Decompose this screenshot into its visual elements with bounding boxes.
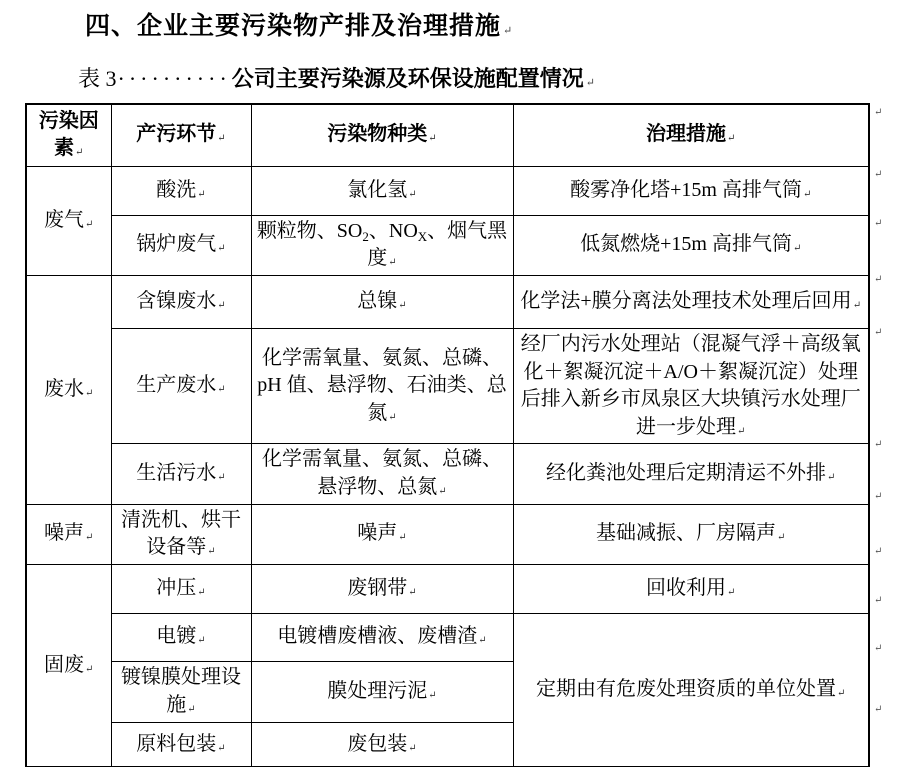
cell-end-mark: ↵ (207, 545, 215, 559)
cell-end-mark: ↵ (85, 387, 93, 401)
cell-process-domestic-sewage: 生活污水↵ (111, 444, 251, 504)
caption-dot-leader: ·········· (118, 66, 231, 91)
table-row: 锅炉废气↵ 颗粒物、SO2、NOX、烟气黑度↵ 低氮燃烧+15m 高排气筒↵ (26, 215, 869, 276)
cell-end-mark: ↵ (197, 188, 205, 202)
cell-pollutant-domestic: 化学需氧量、氨氮、总磷、悬浮物、总氮↵ (251, 444, 513, 504)
row-end-mark: ↵ (874, 274, 882, 285)
cell-measure-sewage-station: 经厂内污水处理站（混凝气浮＋高级氧化＋絮凝沉淀＋A/O＋絮凝沉淀）处理后排入新乡… (513, 329, 869, 444)
row-end-mark: ↵ (874, 643, 882, 654)
cell-end-mark: ↵ (388, 256, 396, 270)
cell-end-mark: ↵ (388, 411, 396, 425)
cell-end-mark: ↵ (85, 531, 93, 545)
cell-end-mark: ↵ (217, 242, 225, 256)
cell-end-mark: ↵ (408, 742, 416, 756)
row-end-mark: ↵ (874, 439, 882, 450)
cell-end-mark: ↵ (408, 188, 416, 202)
cell-end-mark: ↵ (187, 703, 195, 717)
cell-factor-noise: 噪声↵ (26, 504, 111, 564)
document-page: 四、企业主要污染物产排及治理措施↵ 表 3··········公司主要污染源及环… (0, 0, 897, 767)
cell-process-acid-wash: 酸洗↵ (111, 166, 251, 215)
cell-measure-vibration-isolation: 基础减振、厂房隔声↵ (513, 504, 869, 564)
cell-process-cleaning-drying: 清洗机、烘干设备等↵ (111, 504, 251, 564)
cell-measure-septic-tank: 经化粪池处理后定期清运不外排↵ (513, 444, 869, 504)
table-row: 固废↵ 冲压↵ 废钢带↵ 回收利用↵ (26, 564, 869, 613)
cell-end-mark: ↵ (737, 425, 745, 439)
cell-measure-recycling: 回收利用↵ (513, 564, 869, 613)
col-header-treatment: 治理措施↵ (513, 104, 869, 166)
cell-factor-waste-gas: 废气↵ (26, 166, 111, 276)
table-row: 噪声↵ 清洗机、烘干设备等↵ 噪声↵ 基础减振、厂房隔声↵ (26, 504, 869, 564)
cell-measure-low-nox: 低氮燃烧+15m 高排气筒↵ (513, 215, 869, 276)
cell-pollutant-membrane-sludge: 膜处理污泥↵ (251, 661, 513, 722)
table-caption: 表 3··········公司主要污染源及环保设施配置情况↵ (78, 62, 595, 93)
cell-process-boiler-exhaust: 锅炉废气↵ (111, 215, 251, 276)
section-heading-text: 四、企业主要污染物产排及治理措施 (85, 13, 501, 40)
cell-factor-wastewater: 废水↵ (26, 276, 111, 505)
cell-process-nickel-membrane: 镀镍膜处理设施↵ (111, 661, 251, 722)
paragraph-mark: ↵ (503, 25, 513, 37)
row-end-mark: ↵ (874, 107, 882, 118)
cell-end-mark: ↵ (727, 132, 735, 146)
cell-end-mark: ↵ (408, 586, 416, 600)
cell-end-mark: ↵ (803, 188, 811, 202)
cell-pollutant-hcl: 氯化氢↵ (251, 166, 513, 215)
cell-end-mark: ↵ (478, 634, 486, 648)
cell-end-mark: ↵ (75, 146, 83, 160)
cell-end-mark: ↵ (398, 299, 406, 313)
subscript-x: X (418, 229, 427, 244)
cell-process-stamping: 冲压↵ (111, 564, 251, 613)
cell-end-mark: ↵ (853, 299, 861, 313)
cell-end-mark: ↵ (793, 242, 801, 256)
cell-pollutant-noise: 噪声↵ (251, 504, 513, 564)
row-end-mark: ↵ (874, 169, 882, 180)
table-caption-title: 公司主要污染源及环保设施配置情况 (232, 66, 584, 91)
table-row: 生活污水↵ 化学需氧量、氨氮、总磷、悬浮物、总氮↵ 经化粪池处理后定期清运不外排… (26, 444, 869, 504)
cell-end-mark: ↵ (398, 531, 406, 545)
cell-end-mark: ↵ (217, 471, 225, 485)
cell-process-production-wastewater: 生产废水↵ (111, 329, 251, 444)
cell-pollutant-waste-packaging: 废包装↵ (251, 722, 513, 767)
cell-process-nickel-wastewater: 含镍废水↵ (111, 276, 251, 329)
cell-end-mark: ↵ (428, 132, 436, 146)
cell-end-mark: ↵ (837, 687, 845, 701)
table-row: 生产废水↵ 化学需氧量、氨氮、总磷、pH 值、悬浮物、石油类、总氮↵ 经厂内污水… (26, 329, 869, 444)
cell-end-mark: ↵ (85, 663, 93, 677)
section-heading: 四、企业主要污染物产排及治理措施↵ (85, 6, 513, 42)
pollution-table: 污染因素↵ 产污环节↵ 污染物种类↵ 治理措施↵ 废气↵ 酸洗↵ 氯化氢↵ 酸雾… (25, 103, 870, 767)
cell-pollutant-boiler: 颗粒物、SO2、NOX、烟气黑度↵ (251, 215, 513, 276)
cell-end-mark: ↵ (197, 586, 205, 600)
cell-end-mark: ↵ (438, 485, 446, 499)
cell-end-mark: ↵ (197, 634, 205, 648)
cell-end-mark: ↵ (217, 742, 225, 756)
table-row: 电镀↵ 电镀槽废槽液、废槽渣↵ 定期由有危废处理资质的单位处置↵ (26, 613, 869, 661)
row-end-mark: ↵ (874, 595, 882, 606)
cell-end-mark: ↵ (827, 471, 835, 485)
cell-pollutant-total-nickel: 总镍↵ (251, 276, 513, 329)
cell-end-mark: ↵ (85, 218, 93, 232)
cell-end-mark: ↵ (217, 299, 225, 313)
table-header-row: 污染因素↵ 产污环节↵ 污染物种类↵ 治理措施↵ (26, 104, 869, 166)
table-row: 废气↵ 酸洗↵ 氯化氢↵ 酸雾净化塔+15m 高排气筒↵ (26, 166, 869, 215)
cell-pollutant-plating-waste: 电镀槽废槽液、废槽渣↵ (251, 613, 513, 661)
cell-process-electroplating: 电镀↵ (111, 613, 251, 661)
col-header-pollutant-type: 污染物种类↵ (251, 104, 513, 166)
row-end-mark: ↵ (874, 491, 882, 502)
col-header-pollution-factor: 污染因素↵ (26, 104, 111, 166)
cell-measure-chemical-membrane: 化学法+膜分离法处理技术处理后回用↵ (513, 276, 869, 329)
row-end-mark: ↵ (874, 218, 882, 229)
cell-end-mark: ↵ (217, 132, 225, 146)
cell-pollutant-scrap-steel: 废钢带↵ (251, 564, 513, 613)
cell-end-mark: ↵ (428, 689, 436, 703)
cell-end-mark: ↵ (217, 383, 225, 397)
row-end-mark: ↵ (874, 704, 882, 715)
cell-process-raw-material-packaging: 原料包装↵ (111, 722, 251, 767)
col-header-process: 产污环节↵ (111, 104, 251, 166)
cell-factor-solid-waste: 固废↵ (26, 564, 111, 767)
cell-end-mark: ↵ (727, 586, 735, 600)
row-end-mark: ↵ (874, 546, 882, 557)
cell-pollutant-production: 化学需氧量、氨氮、总磷、pH 值、悬浮物、石油类、总氮↵ (251, 329, 513, 444)
table-caption-number: 表 3 (78, 66, 117, 91)
row-end-mark: ↵ (874, 327, 882, 338)
paragraph-mark: ↵ (586, 77, 595, 89)
cell-measure-acid-mist-tower: 酸雾净化塔+15m 高排气筒↵ (513, 166, 869, 215)
table-row: 废水↵ 含镍废水↵ 总镍↵ 化学法+膜分离法处理技术处理后回用↵ (26, 276, 869, 329)
cell-end-mark: ↵ (777, 531, 785, 545)
cell-measure-hazardous-waste-disposal: 定期由有危废处理资质的单位处置↵ (513, 613, 869, 767)
table-wrap: 污染因素↵ 产污环节↵ 污染物种类↵ 治理措施↵ 废气↵ 酸洗↵ 氯化氢↵ 酸雾… (25, 103, 885, 767)
